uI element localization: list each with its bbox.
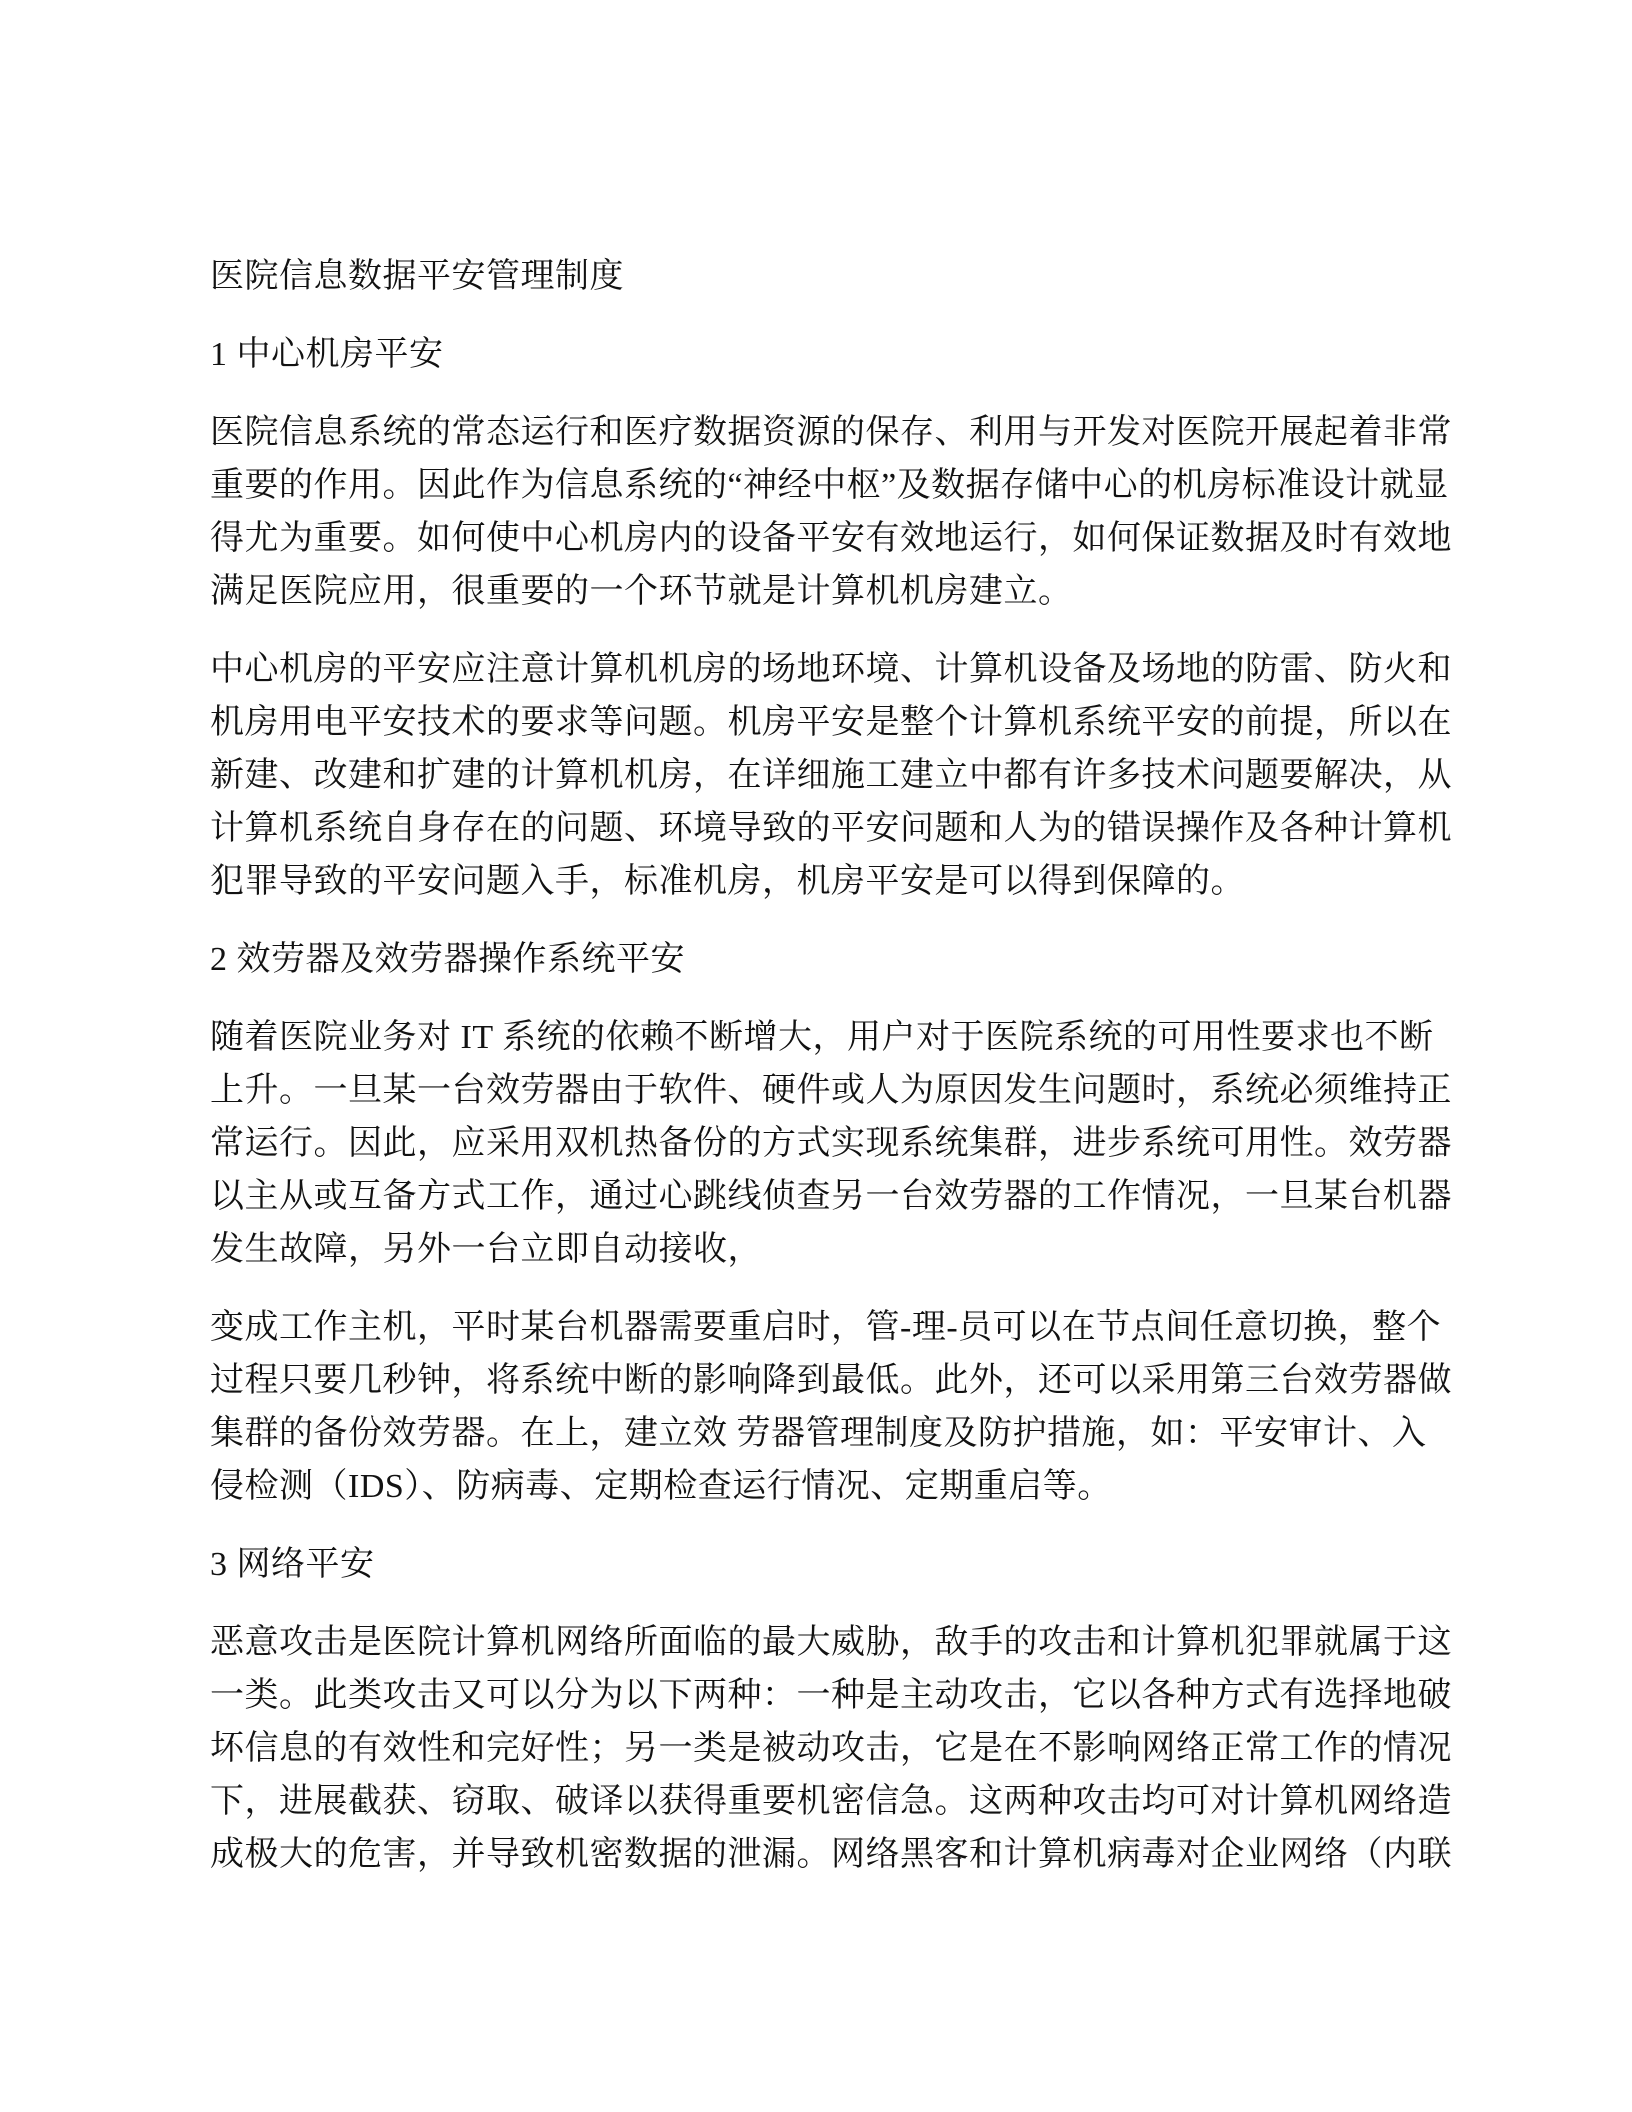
section-1-heading: 1 中心机房平安 bbox=[210, 328, 1452, 381]
section-3-paragraph-1: 恶意攻击是医院计算机网络所面临的最大威胁，敌手的攻击和计算机犯罪就属于这一类。此… bbox=[210, 1616, 1452, 1881]
section-3-heading: 3 网络平安 bbox=[210, 1538, 1452, 1591]
section-2-paragraph-2: 变成工作主机，平时某台机器需要重启时，管-理-员可以在节点间任意切换，整个过程只… bbox=[210, 1301, 1452, 1513]
section-2-paragraph-1: 随着医院业务对 IT 系统的依赖不断增大，用户对于医院系统的可用性要求也不断上升… bbox=[210, 1011, 1452, 1276]
section-2-heading: 2 效劳器及效劳器操作系统平安 bbox=[210, 933, 1452, 986]
document-page: 医院信息数据平安管理制度 1 中心机房平安 医院信息系统的常态运行和医疗数据资源… bbox=[0, 0, 1632, 2112]
document-title: 医院信息数据平安管理制度 bbox=[210, 250, 1452, 303]
section-1-paragraph-1: 医院信息系统的常态运行和医疗数据资源的保存、利用与开发对医院开展起着非常重要的作… bbox=[210, 406, 1452, 618]
section-1-paragraph-2: 中心机房的平安应注意计算机机房的场地环境、计算机设备及场地的防雷、防火和机房用电… bbox=[210, 643, 1452, 908]
